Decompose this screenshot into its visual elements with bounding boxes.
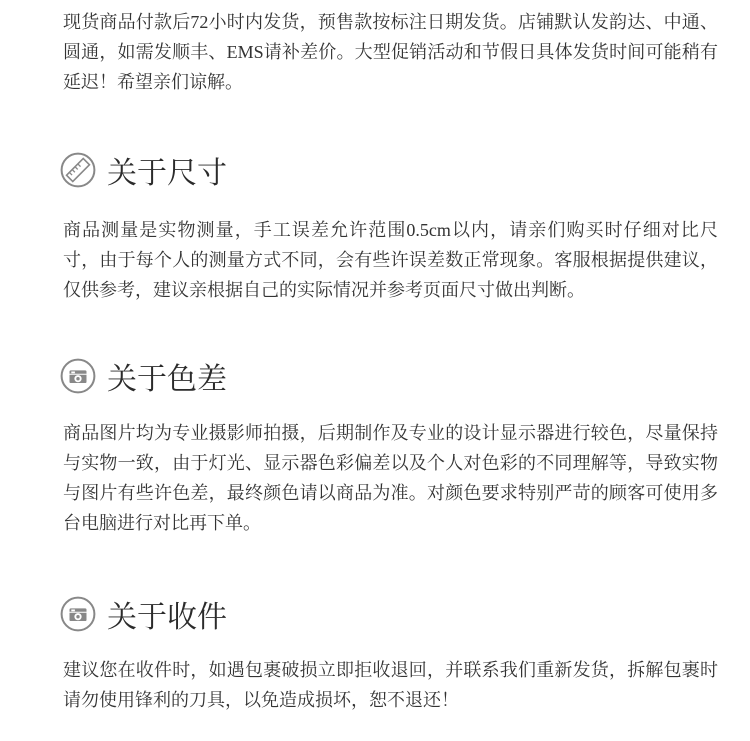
shipping-notice-text: 现货商品付款后72小时内发货，预售款按标注日期发货。店铺默认发韵达、中通、圆通，…	[63, 7, 718, 97]
section-header-color-difference: 关于色差	[60, 357, 227, 395]
camera-icon	[60, 596, 96, 632]
section-header-size: 关于尺寸	[60, 151, 227, 189]
section-header-receiving: 关于收件	[60, 595, 227, 633]
section-body-color-difference: 商品图片均为专业摄影师拍摄，后期制作及专业的设计显示器进行较色，尽量保持与实物一…	[63, 418, 718, 538]
section-title-color-difference: 关于色差	[107, 354, 227, 398]
section-title-size: 关于尺寸	[107, 148, 227, 192]
section-body-size: 商品测量是实物测量，手工误差允许范围0.5cm以内，请亲们购买时仔细对比尺寸，由…	[63, 215, 718, 305]
ruler-icon	[60, 152, 96, 188]
section-title-receiving: 关于收件	[107, 592, 227, 636]
section-body-receiving: 建议您在收件时，如遇包裹破损立即拒收退回，并联系我们重新发货，拆解包裹时请勿使用…	[63, 655, 718, 715]
camera-icon	[60, 358, 96, 394]
product-notice-page: 现货商品付款后72小时内发货，预售款按标注日期发货。店铺默认发韵达、中通、圆通，…	[0, 0, 750, 741]
